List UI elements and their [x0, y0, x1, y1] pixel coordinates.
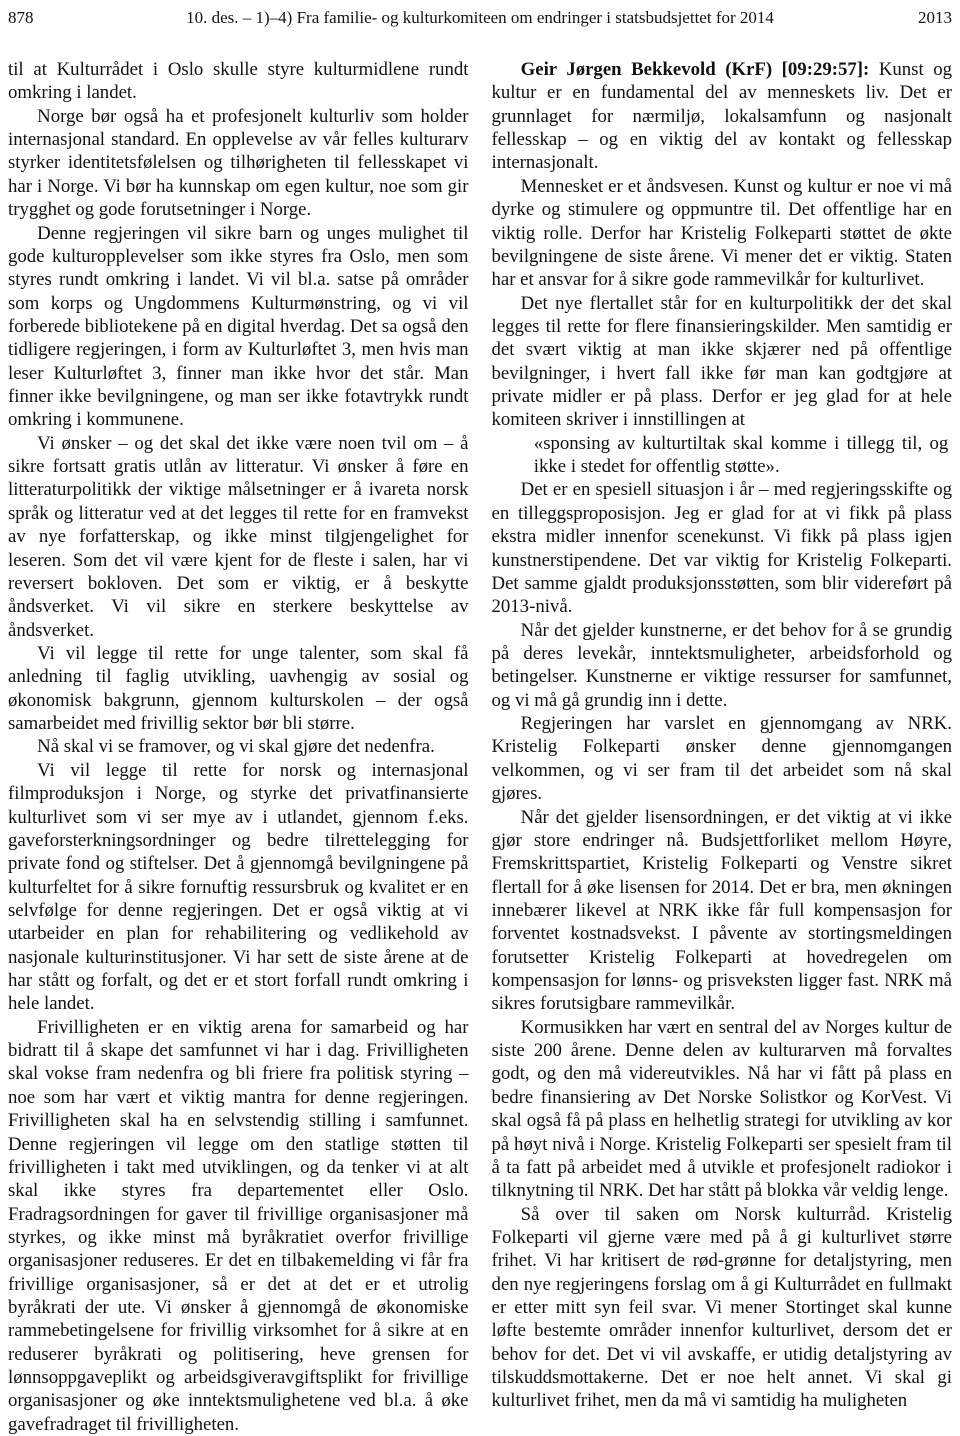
paragraph: til at Kulturrådet i Oslo skulle styre k… [8, 58, 469, 105]
page-number: 878 [8, 6, 34, 30]
paragraph: Det nye flertallet står for en kulturpol… [492, 292, 953, 432]
paragraph: Denne regjeringen vil sikre barn og unge… [8, 222, 469, 432]
paragraph: Når det gjelder lisensordningen, er det … [492, 806, 953, 1016]
page-header: 878 10. des. – 1)–4) Fra familie- og kul… [8, 6, 952, 36]
document-page: 878 10. des. – 1)–4) Fra familie- og kul… [0, 0, 960, 1436]
paragraph: Frivilligheten er en viktig arena for sa… [8, 1016, 469, 1436]
left-column: til at Kulturrådet i Oslo skulle styre k… [8, 58, 469, 1436]
paragraph: Vi vil legge til rette for norsk og inte… [8, 759, 469, 1016]
text-columns: til at Kulturrådet i Oslo skulle styre k… [8, 58, 952, 1436]
right-column: Geir Jørgen Bekkevold (KrF) [09:29:57]: … [492, 58, 953, 1436]
paragraph: Geir Jørgen Bekkevold (KrF) [09:29:57]: … [492, 58, 953, 175]
paragraph: Mennesket er et åndsvesen. Kunst og kult… [492, 175, 953, 292]
paragraph: Nå skal vi se framover, og vi skal gjøre… [8, 735, 469, 758]
paragraph: Når det gjelder kunstnerne, er det behov… [492, 619, 953, 712]
paragraph: Norge bør også ha et profesjonelt kultur… [8, 105, 469, 222]
speaker-label: Geir Jørgen Bekkevold (KrF) [09:29:57]: [521, 59, 870, 80]
paragraph: Det er en spesiell situasjon i år – med … [492, 478, 953, 618]
year-label: 2013 [918, 6, 952, 30]
running-title: 10. des. – 1)–4) Fra familie- og kulturk… [68, 6, 892, 30]
blockquote: «sponsing av kulturtiltak skal komme i t… [534, 432, 948, 479]
paragraph: Vi vil legge til rette for unge talenter… [8, 642, 469, 735]
paragraph: Kormusikken har vært en sentral del av N… [492, 1016, 953, 1203]
paragraph: Regjeringen har varslet en gjennomgang a… [492, 712, 953, 805]
paragraph: Vi ønsker – og det skal det ikke være no… [8, 432, 469, 642]
paragraph: Så over til saken om Norsk kulturråd. Kr… [492, 1203, 953, 1413]
